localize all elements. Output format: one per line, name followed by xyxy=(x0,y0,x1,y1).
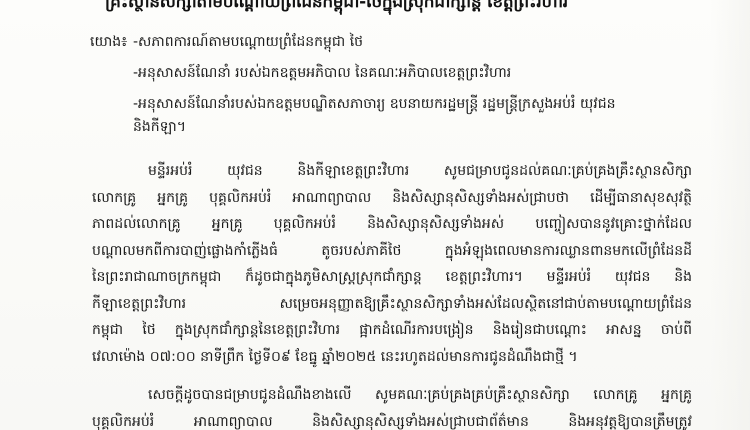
closing-paragraph: សេចក្តីដូចបានជម្រាបជូនដំណឹងខាងលើ សូមគណៈគ… xyxy=(92,382,692,430)
reference-label: យោង៖ xyxy=(90,32,127,53)
scanned-document-page: គ្រឹះស្ថានសិក្សាតាមបណ្តោយព្រំដែនកម្ពុជា-… xyxy=(0,0,750,430)
announcement-paragraph: មន្ទីរអប់រំ យុវជន និងកីឡាខេត្តព្រះវិហារ … xyxy=(92,158,692,370)
reference-item: -សភាពការណ៍តាមបណ្តោយព្រំដែនកម្ពុជា ថៃ xyxy=(133,32,363,53)
paragraph-line: កម្ពុជា ថៃ ក្នុងស្រុកជាំក្សាន្តនៃខេត្តព្… xyxy=(92,317,692,344)
scan-edge-shading xyxy=(710,0,750,430)
reference-item: -អនុសាសន៍ណែនាំ របស់ឯកឧត្តមអភិបាល នៃគណៈអភ… xyxy=(133,63,511,84)
paragraph-line: នៃព្រះរាជាណាចក្រកម្ពុជា ក៏ដូចជាក្នុងភូមិ… xyxy=(92,264,692,291)
paragraph-line: បុគ្គលិកអប់រំ អាណាព្យាបាល និងសិស្សានុសិស… xyxy=(92,409,692,430)
paragraph-line: វេលាម៉ោង ០៧:០០ នាទីព្រឹក ថ្ងៃទី០៩ ខែធ្នូ… xyxy=(92,344,692,371)
paragraph-line: លោកគ្រូ អ្នកគ្រូ បុគ្គលិកអប់រំ អាណាព្យាប… xyxy=(92,185,692,212)
reference-item: -អនុសាសន៍ណែនាំរបស់ឯកឧត្តមបណ្ឌិតសភាចារ្យ … xyxy=(133,94,616,115)
document-title: គ្រឹះស្ថានសិក្សាតាមបណ្តោយព្រំដែនកម្ពុជា-… xyxy=(105,0,625,16)
reference-item-continuation: និងកីឡា។ xyxy=(133,117,186,138)
paragraph-line: មន្ទីរអប់រំ យុវជន និងកីឡាខេត្តព្រះវិហារ … xyxy=(92,158,692,185)
paragraph-line: បណ្តាលមកពីការបាញ់ផ្លោងកាំភ្លើងធំ តូចរបស់… xyxy=(92,238,692,265)
paragraph-line: កីឡាខេត្តព្រះវិហារ សម្រេចអនុញ្ញាតឱ្យគ្រឹ… xyxy=(92,291,692,318)
paragraph-line: សេចក្តីដូចបានជម្រាបជូនដំណឹងខាងលើ សូមគណៈគ… xyxy=(92,382,692,409)
paragraph-line: ភាពដល់លោកគ្រូ អ្នកគ្រូ បុគ្គលិកអប់រំ និង… xyxy=(92,211,692,238)
